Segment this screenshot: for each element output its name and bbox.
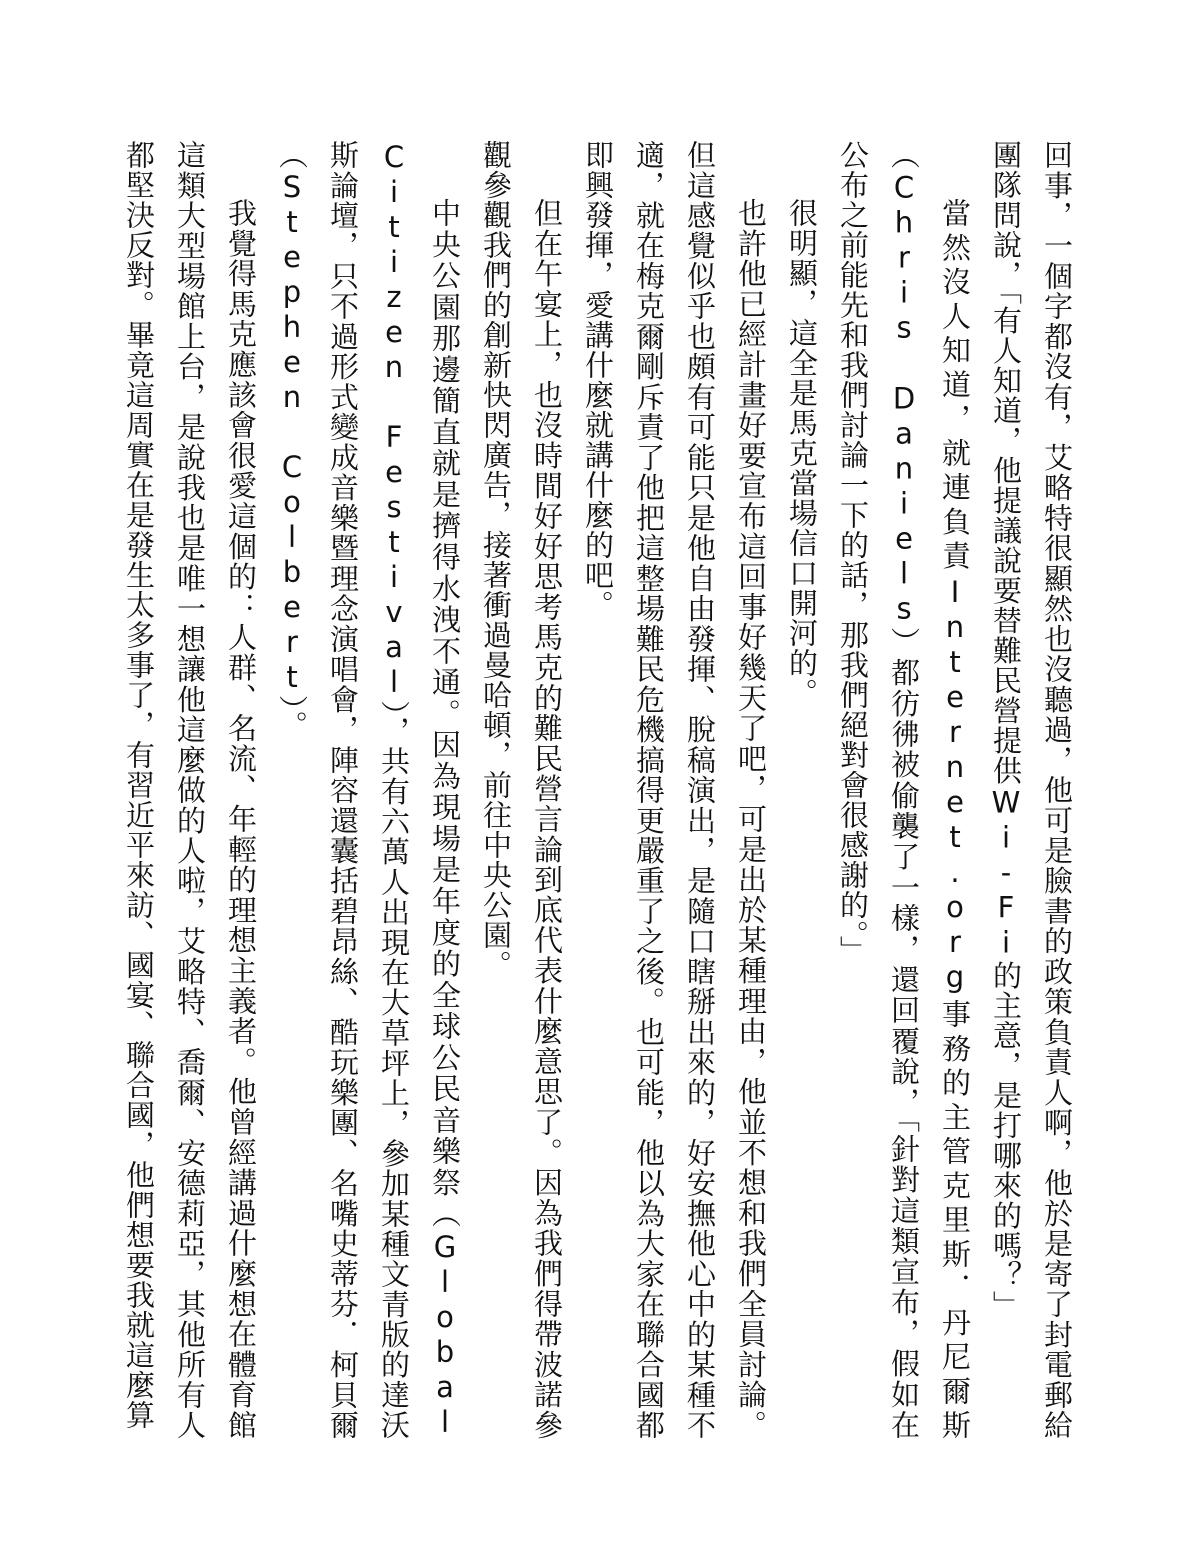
vertical-text-body: 回事，一個字都沒有，艾略特很顯然也沒聽過，他可是臉書的政策負責人啊，他於是寄了封…	[142, 140, 1082, 1440]
paragraph-luncheon: 但在午宴上，也沒時間好好思考馬克的難民營言論到底代表什麼意思了。因為我們得帶波諾…	[470, 140, 572, 1440]
paragraph-obviously: 很明顯，這全是馬克當場信口開河的。	[776, 140, 827, 1440]
document-page: 回事，一個字都沒有，艾略特很顯然也沒聽過，他可是臉書的政策負責人啊，他於是寄了封…	[0, 0, 1200, 1553]
paragraph-mark-would-love: 我覺得馬克應該會很愛這個的：人群、名流、年輕的理想主義者。他曾經講過什麼想在體育…	[113, 140, 266, 1440]
paragraph-chris-daniels: 當然沒人知道，就連負責Internet.org事務的主管克里斯．丹尼爾斯（Chr…	[827, 140, 980, 1440]
paragraph-central-park: 中央公園那邊簡直就是擠得水洩不通。因為現場是年度的全球公民音樂祭（Global …	[266, 140, 470, 1440]
paragraph-continuation: 回事，一個字都沒有，艾略特很顯然也沒聽過，他可是臉書的政策負責人啊，他於是寄了封…	[980, 140, 1082, 1440]
paragraph-maybe-planned: 也許他已經計畫好要宣布這回事好幾天了吧，可是出於某種理由，他並不想和我們全員討論…	[572, 140, 776, 1440]
